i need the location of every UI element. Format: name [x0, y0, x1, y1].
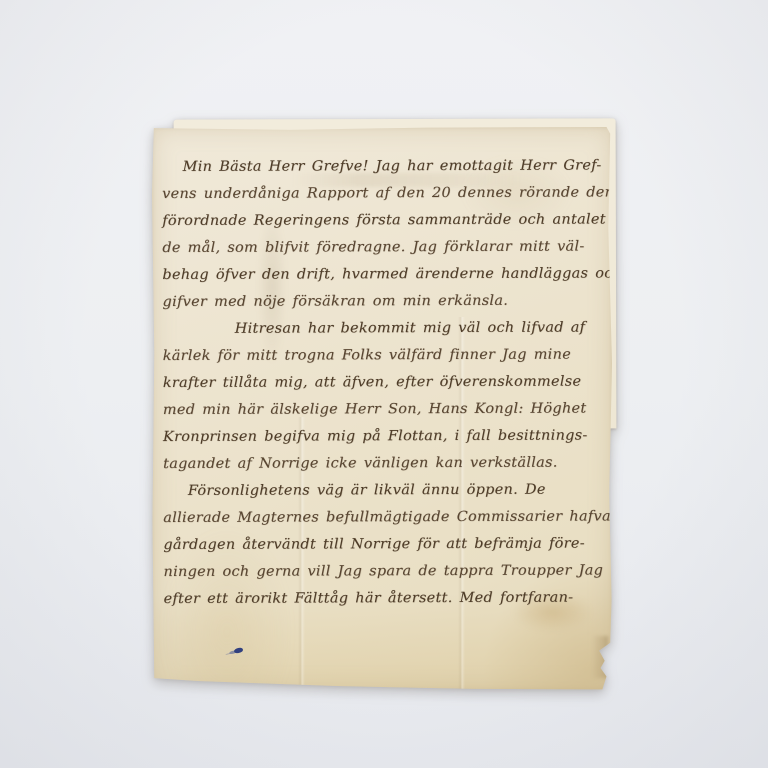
letter-line: de mål, som blifvit föredragne. Jag förk… — [162, 233, 615, 262]
letter-line: med min här älskelige Herr Son, Hans Kon… — [163, 395, 616, 424]
letter-line: behag öfver den drift, hvarmed ärenderne… — [162, 260, 615, 289]
letter-line: allierade Magternes befullmägtigade Comm… — [163, 503, 616, 532]
letter-line: Hitresan har bekommit mig väl och lifvad… — [163, 314, 616, 343]
letter-line: Försonlighetens väg är likväl ännu öppen… — [163, 476, 616, 505]
letter-line: krafter tillåta mig, att äfven, efter öf… — [163, 368, 616, 397]
blue-ink-speck — [234, 647, 244, 653]
letter-line: Kronprinsen begifva mig på Flottan, i fa… — [163, 422, 616, 451]
letter-sheets: Min Bästa Herr Grefve! Jag har emottagit… — [150, 119, 618, 690]
handwritten-letter-text: Min Bästa Herr Grefve! Jag har emottagit… — [162, 152, 617, 613]
letter-line: efter ett ärorikt Fälttåg här återsett. … — [164, 584, 617, 613]
letter-line: ningen och gerna vill Jag spara de tappr… — [163, 557, 616, 586]
photo-background: Min Bästa Herr Grefve! Jag har emottagit… — [0, 0, 768, 768]
letter-line: gifver med nöje försäkran om min erkänsl… — [162, 287, 615, 316]
torn-edge-fringe — [592, 636, 608, 678]
letter-line: förordnade Regeringens första sammanträd… — [162, 206, 615, 235]
letter-line: gårdagen återvändt till Norrige för att … — [163, 530, 616, 559]
letter-line: tagandet af Norrige icke vänligen kan ve… — [163, 449, 616, 478]
letter-line: Min Bästa Herr Grefve! Jag har emottagit… — [162, 152, 615, 181]
letter-line: kärlek för mitt trogna Folks välfärd fin… — [163, 341, 616, 370]
paper-sheet-front: Min Bästa Herr Grefve! Jag har emottagit… — [152, 127, 612, 690]
letter-line: vens underdåniga Rapport af den 20 denne… — [162, 179, 615, 208]
